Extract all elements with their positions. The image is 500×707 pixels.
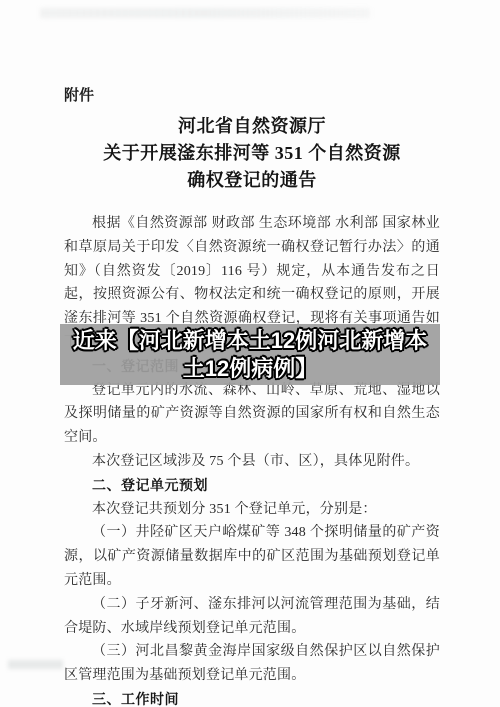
paragraph: （一）井陉矿区天户峪煤矿等 348 个探明储量的矿产资源，以矿产资源储量数据库中… [64,521,440,592]
scan-artifact-top [40,8,370,18]
title-line-3: 确权登记的通告 [64,167,440,194]
caption-line-1: 近来【河北新增本土12例河北新增本 [60,327,440,355]
scanned-document-page: 附件 河北省自然资源厅 关于开展滏东排河等 351 个自然资源 确权登记的通告 … [0,0,500,707]
document-title: 河北省自然资源厅 关于开展滏东排河等 351 个自然资源 确权登记的通告 [64,113,440,194]
paragraph: 登记单元内的水流、森林、山岭、草原、荒地、湿地以及探明储量的矿产资源等自然资源的… [64,379,440,450]
document-body: 根据《自然资源部 财政部 生态环境部 水利部 国家林业和草原局关于印发〈自然资源… [64,212,440,707]
document-content: 附件 河北省自然资源厅 关于开展滏东排河等 351 个自然资源 确权登记的通告 … [64,86,440,707]
scan-artifact-bottom [8,660,63,669]
paragraph: （二）子牙新河、滏东排河以河流管理范围为基础，结合堤防、水域岸线预划登记单元范围… [64,593,440,641]
caption-line-2: 土12例病例】 [60,355,440,383]
section-heading: 三、工作时间 [64,688,440,707]
paragraph: 本次登记区域涉及 75 个县（市、区），具体见附件。 [64,450,440,474]
paragraph: 本次登记共预划分 351 个登记单元，分别是： [64,498,440,522]
attachment-label: 附件 [64,86,440,106]
title-line-1: 河北省自然资源厅 [64,113,440,140]
caption-overlay-text: 近来【河北新增本土12例河北新增本 土12例病例】 [60,327,440,383]
paragraph: （三）河北昌黎黄金海岸国家级自然保护区以自然保护区管理范围为基础预划登记单元范围… [64,640,440,688]
title-line-2: 关于开展滏东排河等 351 个自然资源 [64,140,440,167]
caption-overlay-band: 近来【河北新增本土12例河北新增本 土12例病例】 [60,324,440,385]
section-heading: 二、登记单元预划 [64,474,440,498]
